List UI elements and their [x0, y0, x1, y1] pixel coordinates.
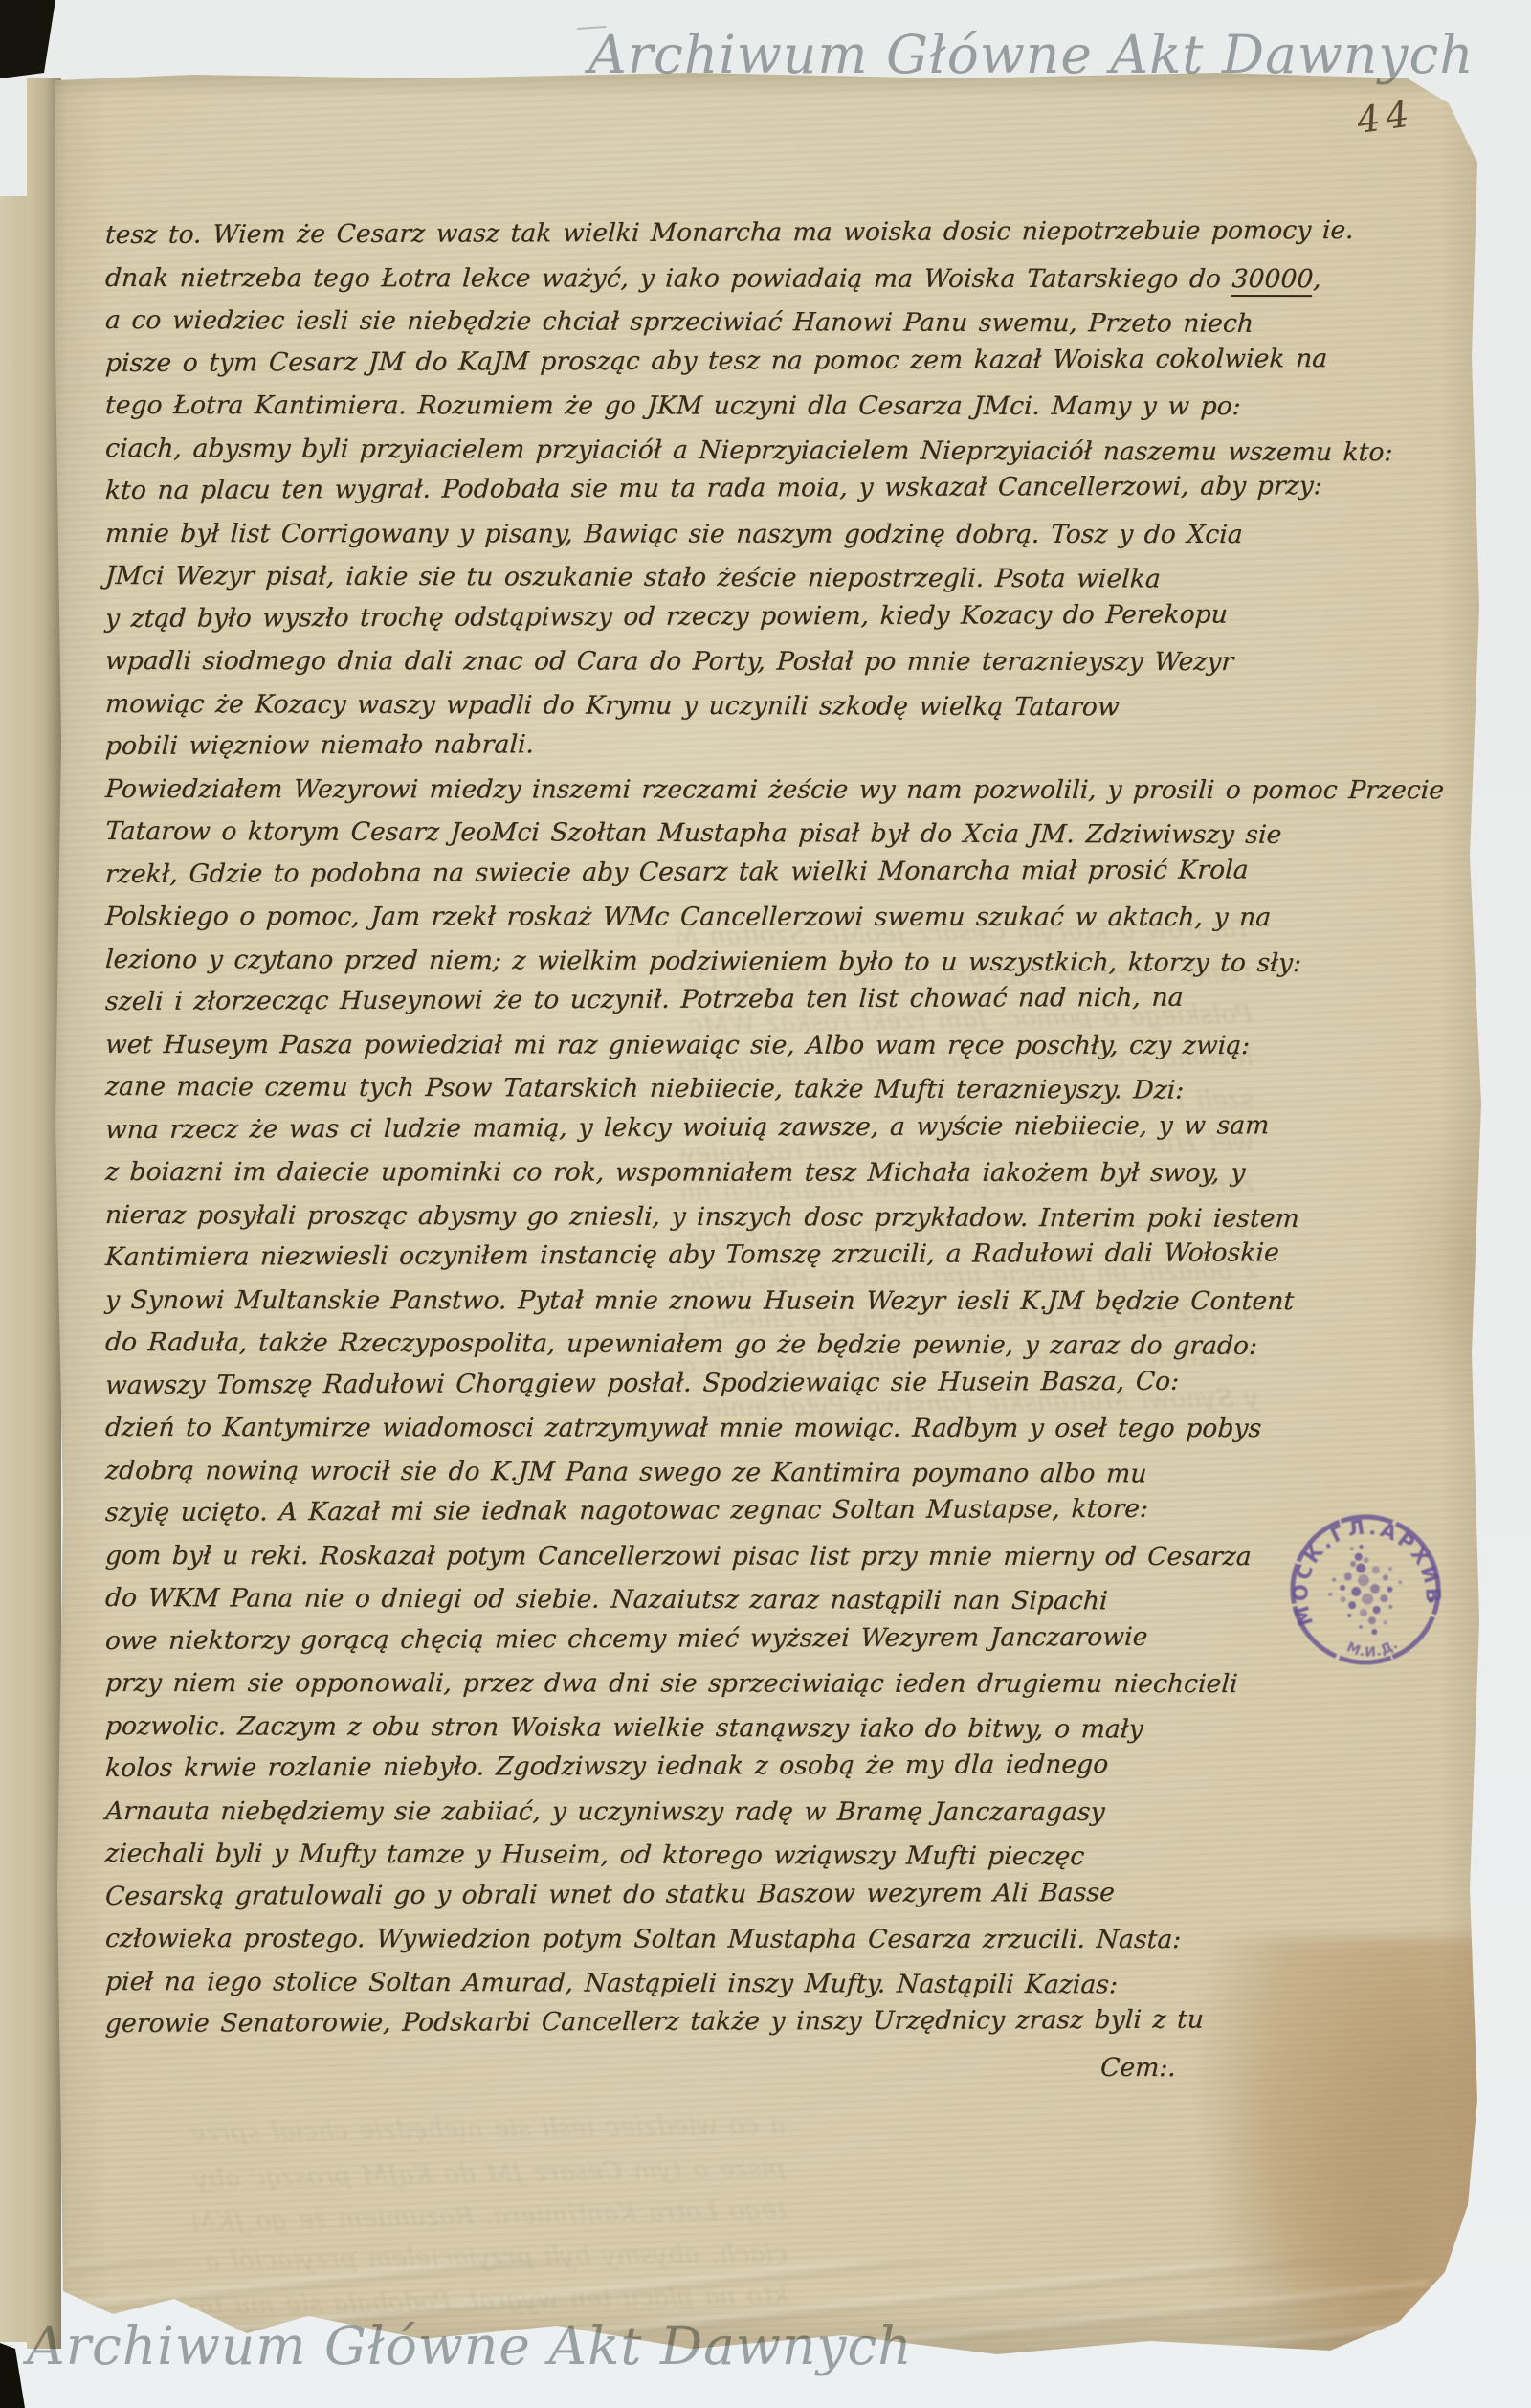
ghost-line: ciach, abysmy byli przyiacielem przyiaci… — [192, 2232, 788, 2283]
manuscript-line: wawszy Tomszę Radułowi Chorągiew posłał.… — [104, 1360, 1264, 1407]
manuscript-line: przy niem sie opponowali, przez dwa dni … — [104, 1662, 1264, 1706]
manuscript-line: wna rzecz że was ci ludzie mamią, y lekc… — [104, 1104, 1264, 1151]
manuscript-line: y Synowi Multanskie Panstwo. Pytał mnie … — [104, 1280, 1264, 1324]
manuscript-line: pobili więzniow niemało nabrali. — [104, 721, 1264, 768]
book-cover-corner-top — [0, 0, 57, 80]
ink-bleed-through: a co wiedziec iesli sie niebędzie chciał… — [191, 2105, 788, 2335]
manuscript-lines: tesz to. Wiem że Cesarz wasz tak wielki … — [105, 214, 1263, 2088]
water-stain-edge — [1389, 1104, 1504, 1430]
manuscript-line: Cesarską gratulowali go y obrali wnet do… — [104, 1871, 1264, 1918]
manuscript-line: tego Łotra Kantimiera. Rozumiem że go JK… — [104, 385, 1264, 429]
page-number: 44 — [1354, 92, 1417, 142]
manuscript-line: mnie był list Corrigowany y pisany, Bawi… — [104, 513, 1264, 557]
manuscript-line: Powiedziałem Wezyrowi miedzy inszemi rze… — [104, 769, 1264, 813]
manuscript-line: Cem:. — [104, 2046, 1264, 2090]
manuscript-line: z boiazni im daiecie upominki co rok, ws… — [104, 1151, 1264, 1195]
scanned-archive-page: { "document": { "watermark_text": "Archi… — [0, 0, 1531, 2408]
manuscript-line: kto na placu ten wygrał. Podobała sie mu… — [104, 465, 1264, 512]
manuscript-line: wpadli siodmego dnia dali znac od Cara d… — [104, 640, 1264, 684]
manuscript-line: wet Huseym Pasza powiedział mi raz gniew… — [104, 1024, 1264, 1068]
manuscript-line: gom był u reki. Roskazał potym Canceller… — [104, 1535, 1264, 1579]
manuscript-line: szeli i złorzecząc Huseynowi że to uczyn… — [104, 976, 1264, 1023]
manuscript-line: pisze o tym Cesarz JM do KaJM prosząc ab… — [104, 338, 1264, 385]
archive-stamp: МОСК.ГЛ.АРХИВЪ М.И.Д. — [1267, 1483, 1464, 1695]
manuscript-line: owe niektorzy gorącą chęcią miec chcemy … — [104, 1616, 1264, 1662]
book-cover-corner-bottom — [0, 2339, 27, 2408]
manuscript-page: Tatarow o ktorym Cesarz JeoMci Szołtan M… — [21, 71, 1483, 2360]
manuscript-line: rzekł, Gdzie to podobna na swiecie aby C… — [104, 849, 1264, 896]
manuscript-line: Arnauta niebędziemy sie zabiiać, y uczyn… — [104, 1791, 1264, 1835]
facing-page-edge — [0, 196, 27, 2342]
manuscript-line: człowieka prostego. Wywiedzion potym Sol… — [104, 1918, 1264, 1962]
manuscript-line: tesz to. Wiem że Cesarz wasz tak wielki … — [104, 210, 1264, 256]
manuscript-line: Polskiego o pomoc, Jam rzekł roskaż WMc … — [104, 896, 1264, 940]
archive-watermark-bottom: Archiwum Główne Akt Dawnych — [27, 2316, 913, 2376]
manuscript-line: kolos krwie rozlanie niebyło. Zgodziwszy… — [104, 1743, 1264, 1790]
archive-watermark-top: Archiwum Główne Akt Dawnych — [588, 25, 1475, 85]
ghost-line: a co wiedziec iesli sie niebędzie chciał… — [191, 2105, 787, 2155]
manuscript-line: y ztąd było wyszło trochę odstąpiwszy od… — [104, 593, 1264, 640]
archive-stamp-graphic: МОСК.ГЛ.АРХИВЪ М.И.Д. — [1267, 1483, 1464, 1695]
manuscript-line: Kantimiera niezwiesli oczyniłem instanci… — [104, 1232, 1264, 1279]
manuscript-line: szyię ucięto. A Kazał mi sie iednak nago… — [104, 1487, 1264, 1534]
manuscript-line: dnak nietrzeba tego Łotra lekce ważyć, y… — [104, 257, 1264, 301]
binding-gutter — [27, 78, 61, 2349]
manuscript-line: gerowie Senatorowie, Podskarbi Canceller… — [104, 1998, 1264, 2045]
manuscript-line: dzień to Kantymirze wiadomosci zatrzymyw… — [104, 1407, 1264, 1451]
underlined-number: 30000 — [1231, 264, 1315, 297]
